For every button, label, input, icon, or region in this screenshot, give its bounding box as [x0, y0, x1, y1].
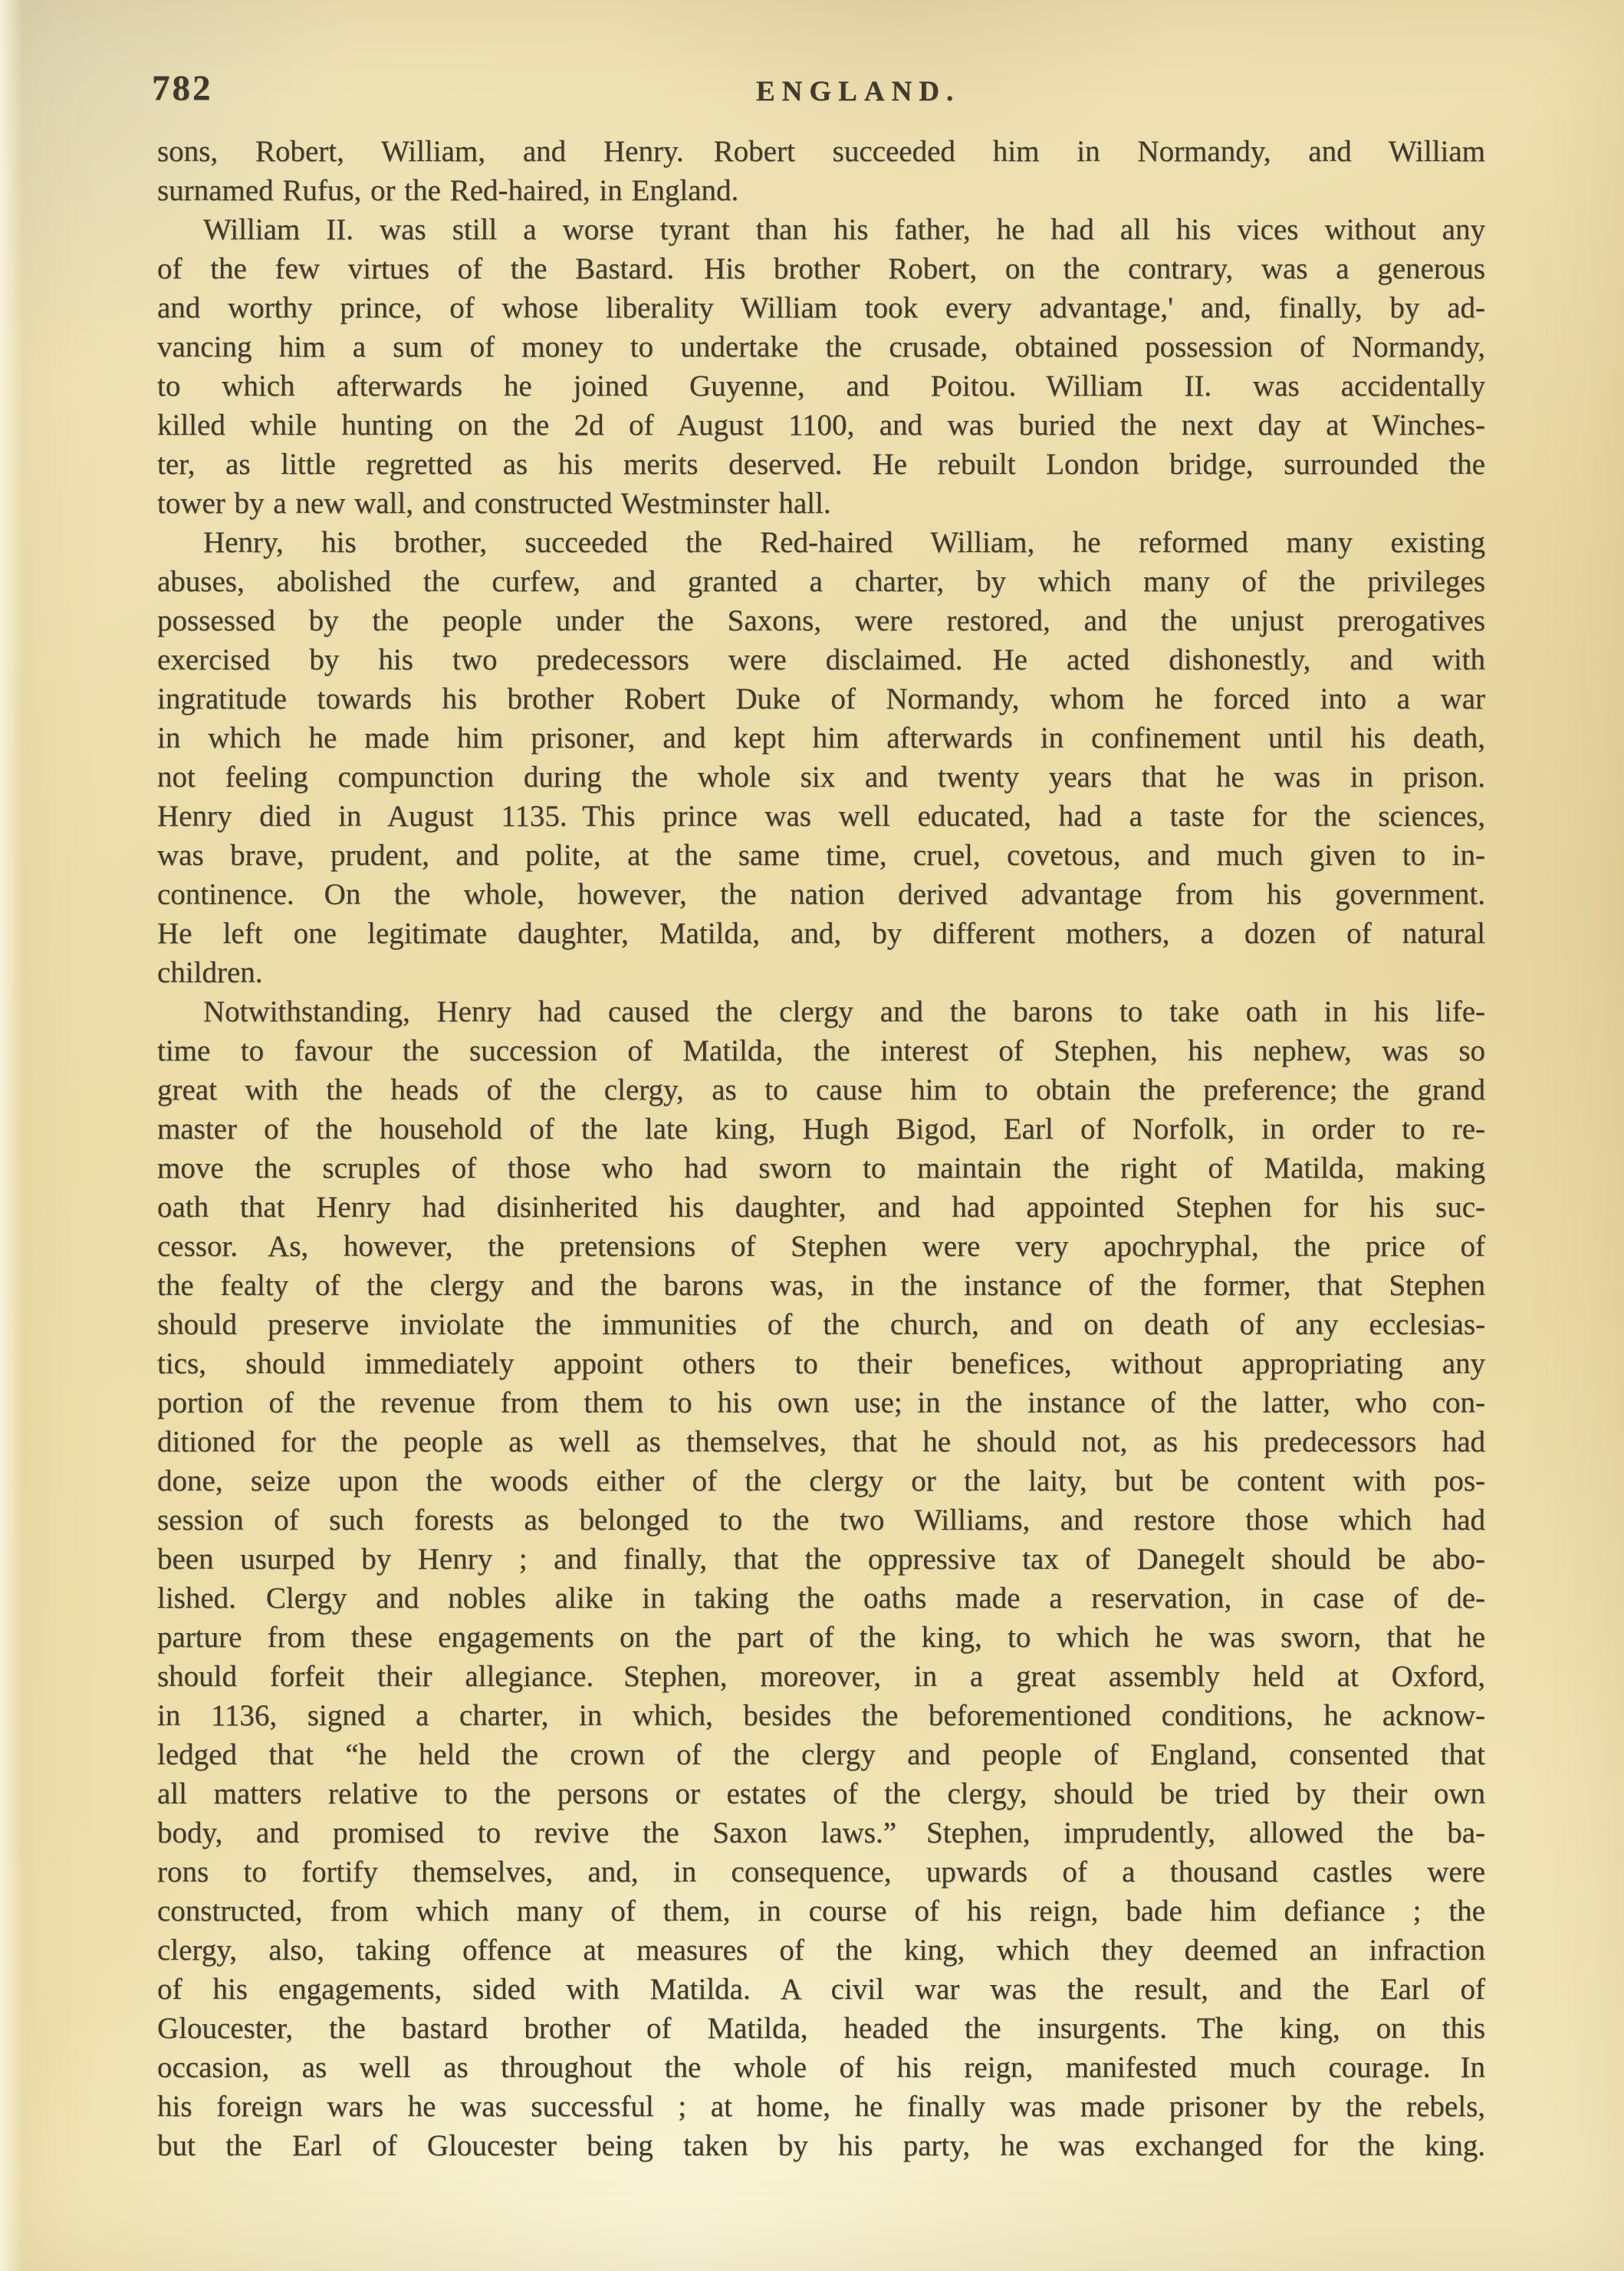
text-line: He left one legitimate daughter, Matilda…: [157, 914, 1485, 953]
text-line: tower by a new wall, and constructed Wes…: [157, 484, 1485, 523]
text-line: been usurped by Henry ; and finally, tha…: [157, 1540, 1485, 1579]
text-line: Gloucester, the bastard brother of Matil…: [157, 2009, 1485, 2048]
text-line: Henry, his brother, succeeded the Red-ha…: [157, 523, 1485, 562]
text-line: should forfeit their allegiance. Stephen…: [157, 1657, 1485, 1696]
text-line: in 1136, signed a charter, in which, bes…: [157, 1696, 1485, 1735]
text-line: should preserve inviolate the immunities…: [157, 1305, 1485, 1344]
running-head: 782 ENGLAND.: [0, 66, 1624, 120]
text-line: of the few virtues of the Bastard. His b…: [157, 249, 1485, 288]
text-line: rons to fortify themselves, and, in cons…: [157, 1852, 1485, 1891]
text-line: William II. was still a worse tyrant tha…: [157, 210, 1485, 249]
text-line: and worthy prince, of whose liberality W…: [157, 288, 1485, 327]
text-line: done, seize upon the woods either of the…: [157, 1461, 1485, 1500]
text-line: constructed, from which many of them, in…: [157, 1891, 1485, 1931]
text-line: in which he made him prisoner, and kept …: [157, 718, 1485, 758]
text-line: not feeling compunction during the whole…: [157, 758, 1485, 797]
text-line: abuses, abolished the curfew, and grante…: [157, 562, 1485, 601]
text-line: Henry died in August 1135. This prince w…: [157, 797, 1485, 836]
text-line: master of the household of the late king…: [157, 1109, 1485, 1149]
text-line: children.: [157, 953, 1485, 992]
text-line: move the scruples of those who had sworn…: [157, 1149, 1485, 1188]
text-line: his foreign wars he was successful ; at …: [157, 2087, 1485, 2126]
text-line: tics, should immediately appoint others …: [157, 1344, 1485, 1383]
text-line: occasion, as well as throughout the whol…: [157, 2048, 1485, 2087]
body-text: sons, Robert, William, and Henry. Robert…: [157, 132, 1485, 2165]
text-line: oath that Henry had disinherited his dau…: [157, 1188, 1485, 1227]
text-line: was brave, prudent, and polite, at the s…: [157, 836, 1485, 875]
text-line: all matters relative to the persons or e…: [157, 1774, 1485, 1813]
text-line: ditioned for the people as well as thems…: [157, 1422, 1485, 1461]
text-line: session of such forests as belonged to t…: [157, 1500, 1485, 1540]
text-line: lished. Clergy and nobles alike in takin…: [157, 1579, 1485, 1618]
text-line: but the Earl of Gloucester being taken b…: [157, 2126, 1485, 2165]
text-line: ter, as little regretted as his merits d…: [157, 445, 1485, 484]
text-line: body, and promised to revive the Saxon l…: [157, 1813, 1485, 1852]
text-line: the fealty of the clergy and the barons …: [157, 1266, 1485, 1305]
text-line: possessed by the people under the Saxons…: [157, 601, 1485, 640]
text-line: vancing him a sum of money to undertake …: [157, 327, 1485, 366]
text-line: clergy, also, taking offence at measures…: [157, 1931, 1485, 1970]
text-line: ingratitude towards his brother Robert D…: [157, 679, 1485, 718]
text-line: cessor. As, however, the pretensions of …: [157, 1227, 1485, 1266]
text-line: great with the heads of the clergy, as t…: [157, 1070, 1485, 1109]
text-line: sons, Robert, William, and Henry. Robert…: [157, 132, 1485, 171]
text-line: Notwithstanding, Henry had caused the cl…: [157, 992, 1485, 1031]
text-line: parture from these engagements on the pa…: [157, 1618, 1485, 1657]
text-line: surnamed Rufus, or the Red-haired, in En…: [157, 171, 1485, 210]
running-title: ENGLAND.: [756, 75, 960, 108]
text-line: continence. On the whole, however, the n…: [157, 875, 1485, 914]
text-line: time to favour the succession of Matilda…: [157, 1031, 1485, 1070]
text-line: exercised by his two predecessors were d…: [157, 640, 1485, 679]
text-line: of his engagements, sided with Matilda. …: [157, 1970, 1485, 2009]
book-page: 782 ENGLAND. sons, Robert, William, and …: [0, 0, 1624, 2271]
text-line: ledged that “he held the crown of the cl…: [157, 1735, 1485, 1774]
text-line: killed while hunting on the 2d of August…: [157, 406, 1485, 445]
text-line: to which afterwards he joined Guyenne, a…: [157, 366, 1485, 406]
text-line: portion of the revenue from them to his …: [157, 1383, 1485, 1422]
page-number: 782: [152, 67, 213, 109]
